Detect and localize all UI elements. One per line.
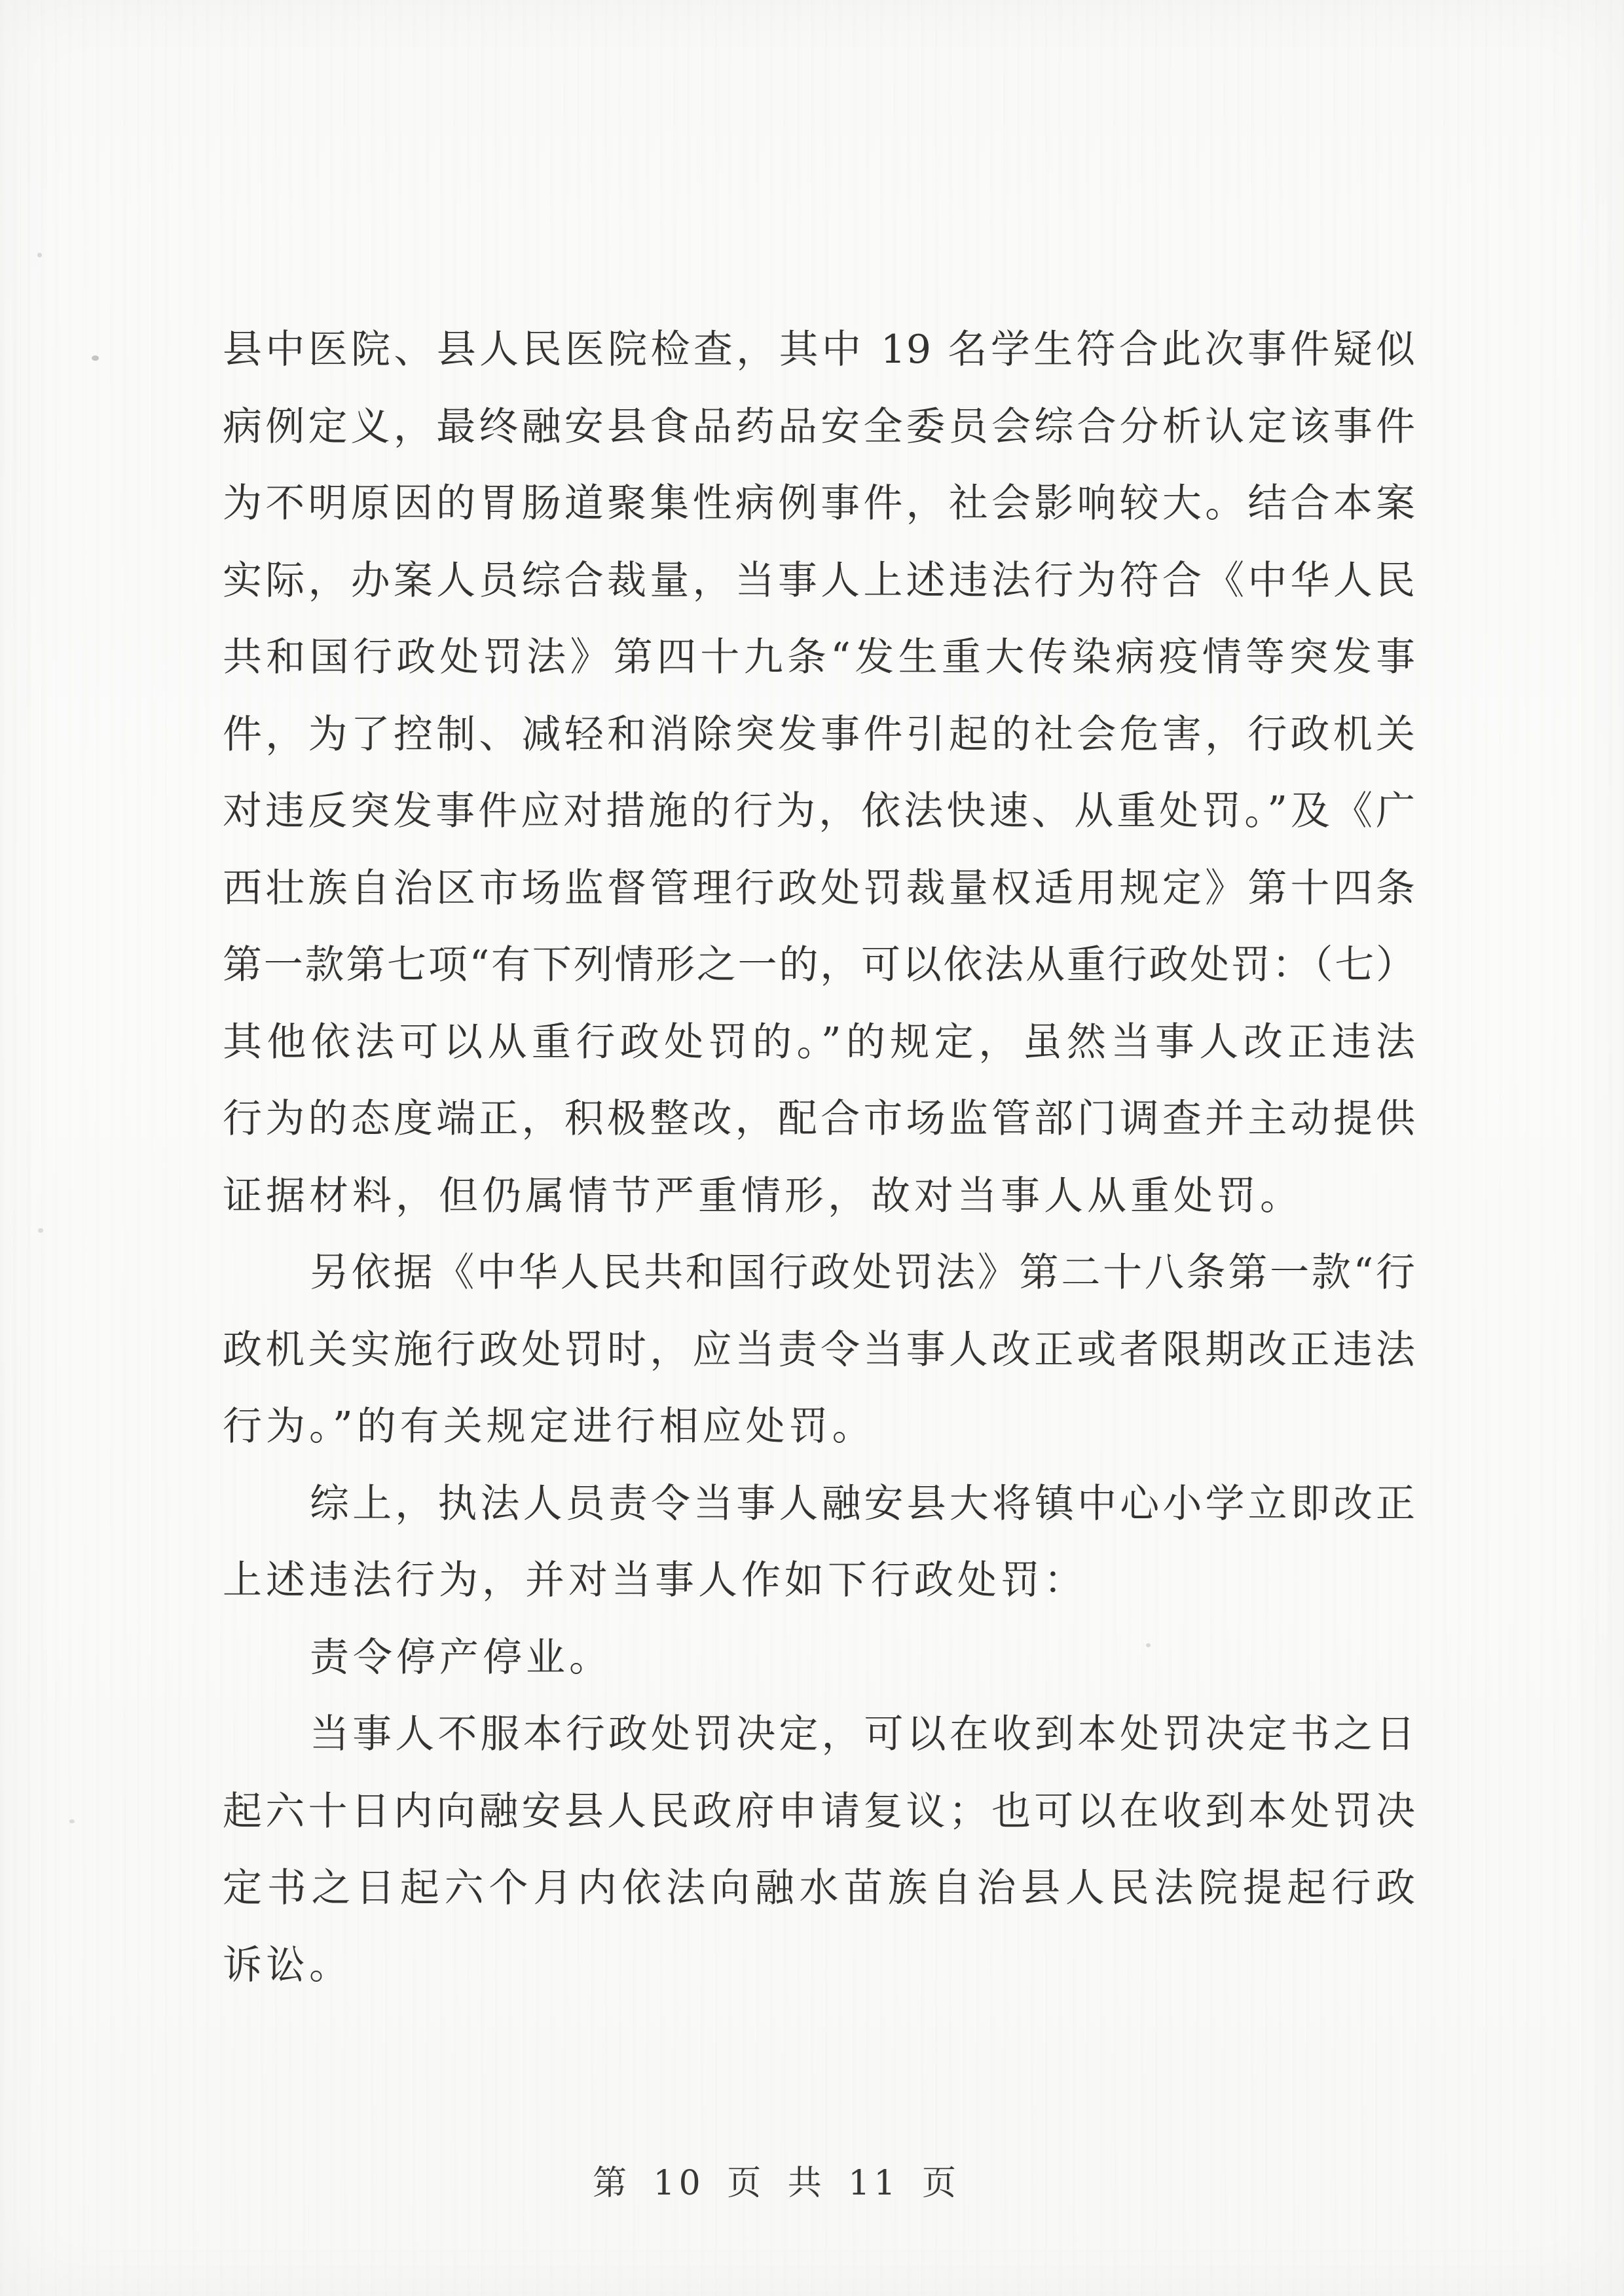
text-line: 实际，办案人员综合裁量，当事人上述违法行为符合《中华人民 <box>223 543 1416 620</box>
document-body: 县中医院、县人民医院检查，其中 19 名学生符合此次事件疑似病例定义，最终融安县… <box>223 312 1416 2004</box>
text-line: 综上，执法人员责令当事人融安县大将镇中心小学立即改正 <box>223 1466 1416 1543</box>
text-line: 起六十日内向融安县人民政府申请复议；也可以在收到本处罚决 <box>223 1774 1416 1851</box>
page-number-footer: 第 10 页 共 11 页 <box>593 2160 960 2207</box>
text-line: 件，为了控制、减轻和消除突发事件引起的社会危害，行政机关 <box>223 697 1416 774</box>
scanned-document-page: 县中医院、县人民医院检查，其中 19 名学生符合此次事件疑似病例定义，最终融安县… <box>0 0 1624 2296</box>
text-line: 上述违法行为，并对当事人作如下行政处罚： <box>223 1542 1416 1620</box>
scan-speck <box>37 253 42 257</box>
text-line: 行为的态度端正，积极整改，配合市场监管部门调查并主动提供 <box>223 1081 1416 1158</box>
text-line: 另依据《中华人民共和国行政处罚法》第二十八条第一款“行 <box>223 1235 1416 1312</box>
text-line: 政机关实施行政处罚时，应当责令当事人改正或者限期改正违法 <box>223 1312 1416 1389</box>
text-line: 定书之日起六个月内依法向融水苗族自治县人民法院提起行政 <box>223 1850 1416 1927</box>
text-line: 诉讼。 <box>223 1927 1416 2005</box>
text-line: 第一款第七项“有下列情形之一的，可以依法从重行政处罚：（七） <box>223 927 1416 1004</box>
text-line: 为不明原因的胃肠道聚集性病例事件，社会影响较大。结合本案 <box>223 465 1416 543</box>
text-line: 对违反突发事件应对措施的行为，依法快速、从重处罚。”及《广 <box>223 773 1416 850</box>
text-line: 行为。”的有关规定进行相应处罚。 <box>223 1389 1416 1466</box>
text-line: 共和国行政处罚法》第四十九条“发生重大传染病疫情等突发事 <box>223 619 1416 697</box>
text-line: 县中医院、县人民医院检查，其中 19 名学生符合此次事件疑似 <box>223 312 1416 389</box>
text-line: 责令停产停业。 <box>223 1620 1416 1697</box>
text-line: 当事人不服本行政处罚决定，可以在收到本处罚决定书之日 <box>223 1696 1416 1774</box>
scan-speck <box>38 1228 43 1233</box>
text-line: 其他依法可以从重行政处罚的。”的规定，虽然当事人改正违法 <box>223 1004 1416 1082</box>
text-line: 证据材料，但仍属情节严重情形，故对当事人从重处罚。 <box>223 1158 1416 1235</box>
text-line: 病例定义，最终融安县食品药品安全委员会综合分析认定该事件 <box>223 389 1416 466</box>
text-line: 西壮族自治区市场监督管理行政处罚裁量权适用规定》第十四条 <box>223 850 1416 928</box>
scan-speck <box>69 1819 75 1823</box>
scan-speck <box>92 355 99 361</box>
